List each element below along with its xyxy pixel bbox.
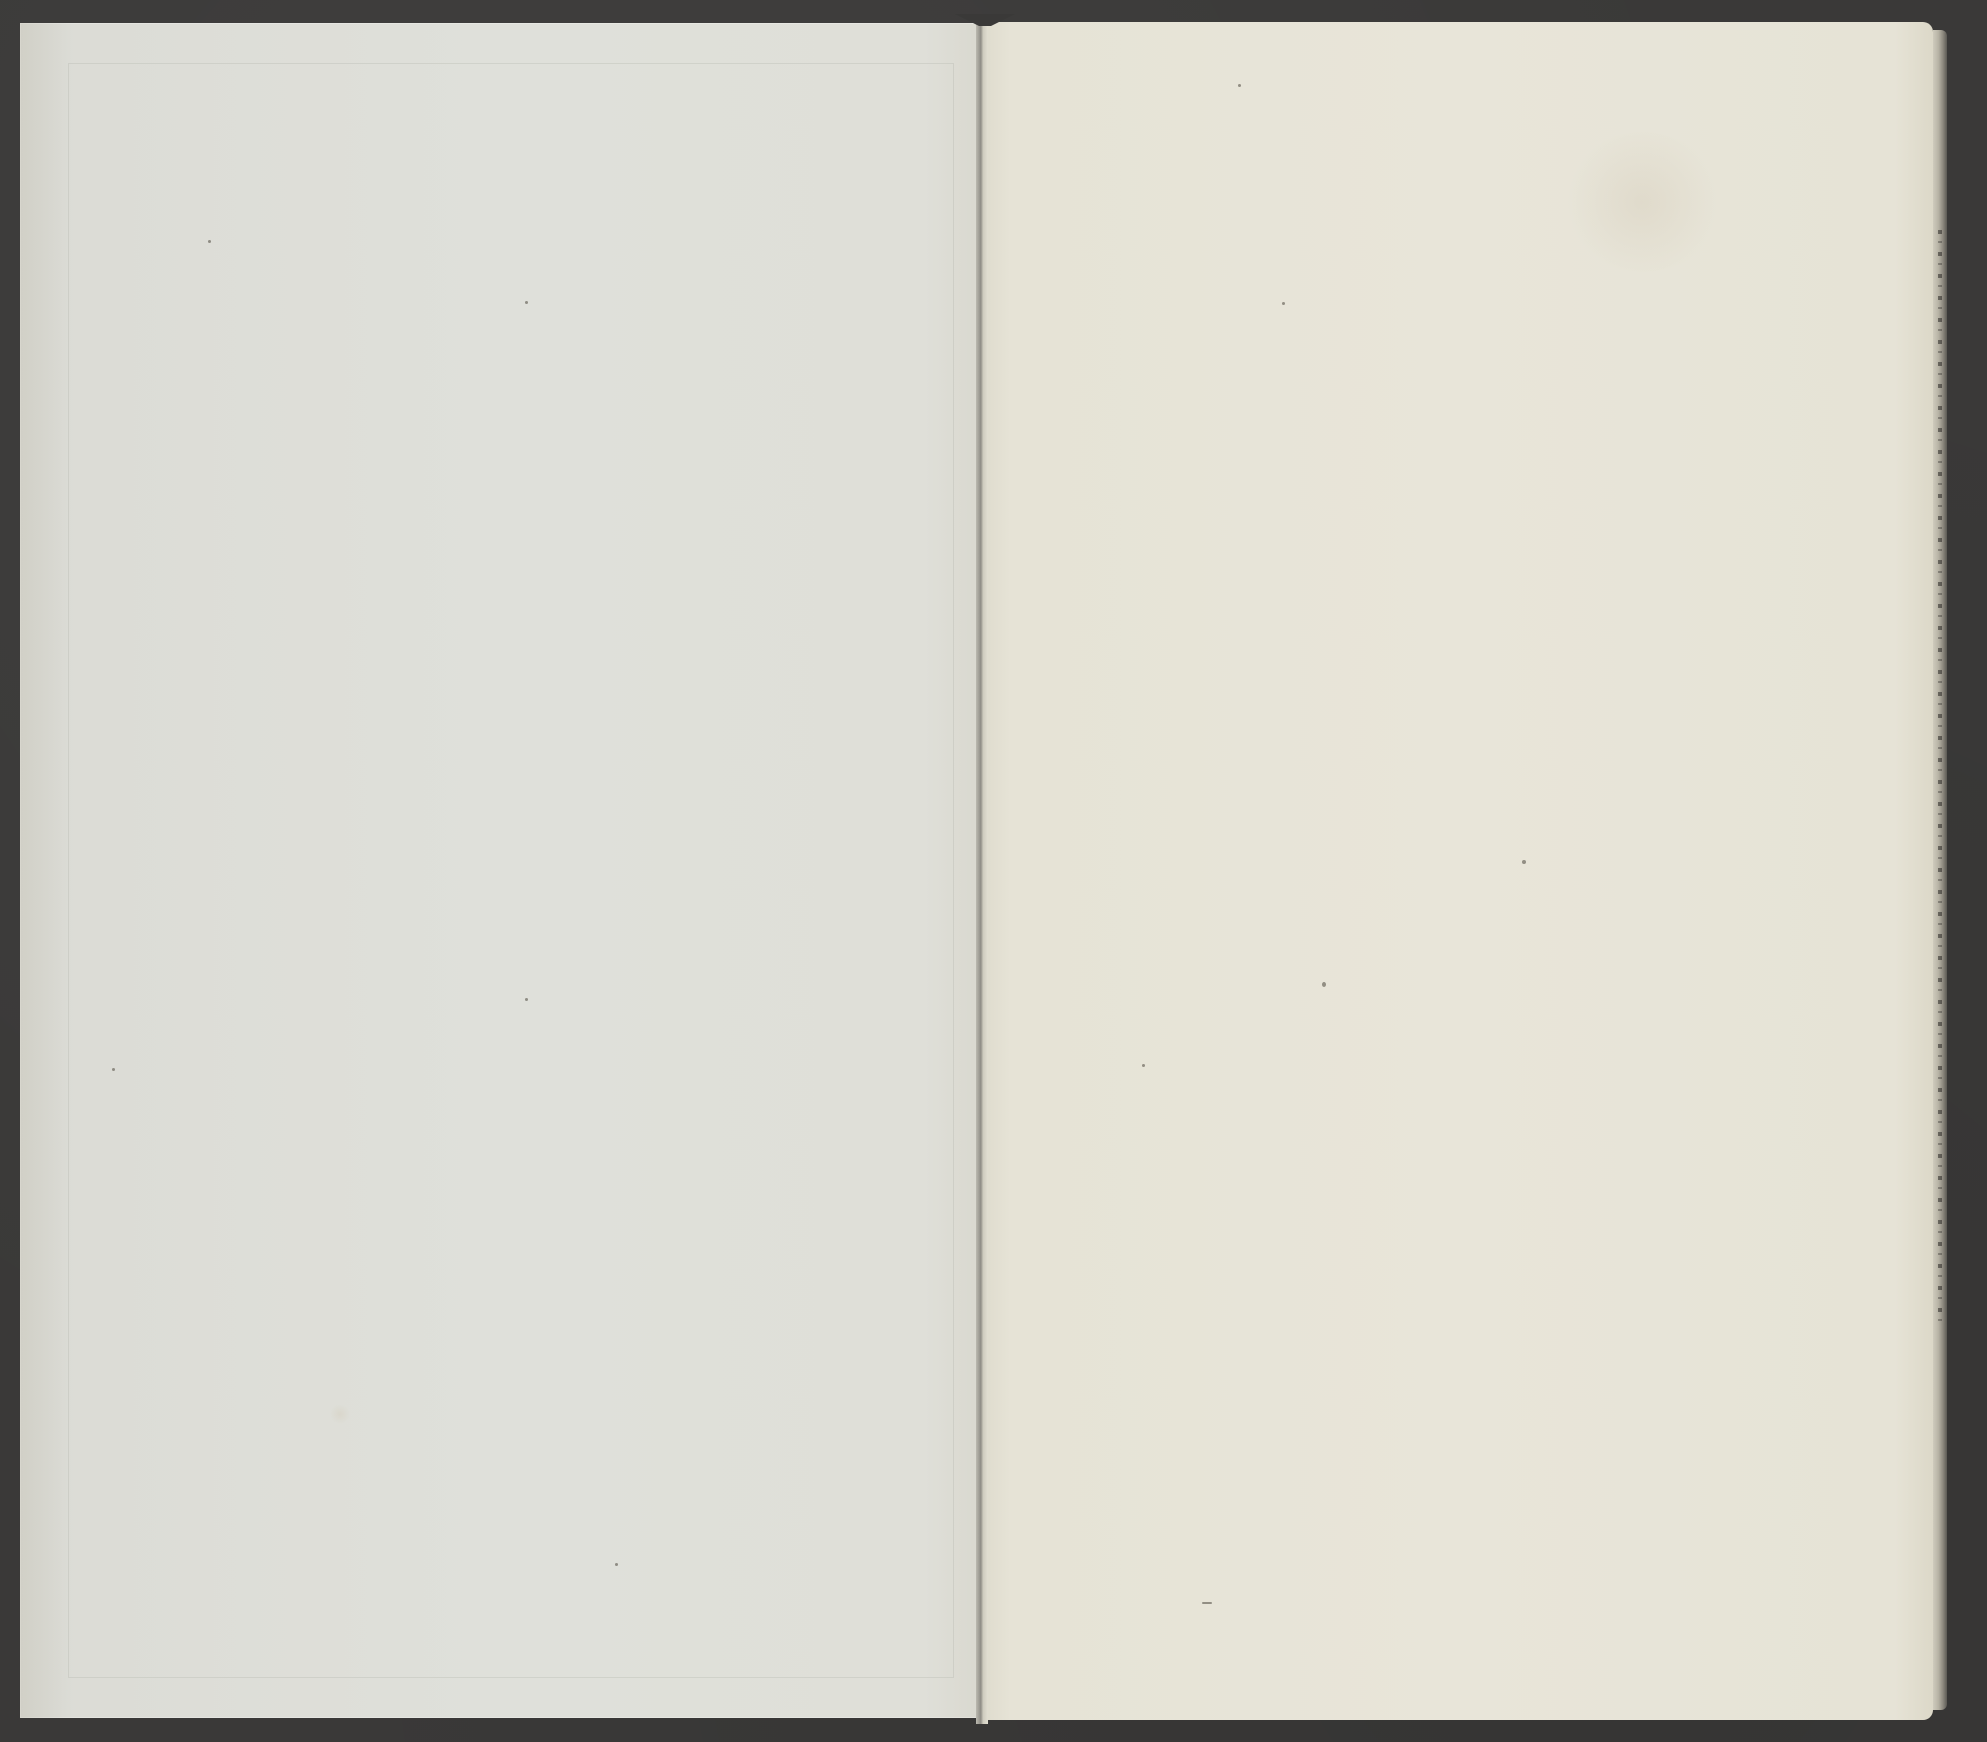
left-page [20,23,982,1718]
paper-speck [1282,302,1285,305]
paper-speck [1522,860,1526,864]
paper-speck [615,1563,618,1566]
paper-speck [1142,1064,1145,1067]
left-page-edge-shade [20,23,68,1718]
paper-speck [1238,84,1241,87]
paper-stain [1562,132,1722,272]
paper-speck [112,1068,115,1071]
paper-speck [1322,982,1326,987]
fore-edge-marks [1938,230,1942,1330]
paper-speck [208,240,211,243]
paper-speck [525,301,528,304]
right-page [982,22,1933,1720]
left-page-plate-mark [68,63,954,1678]
book-gutter [976,18,988,1724]
paper-speck [525,998,528,1001]
paper-stain [330,1403,350,1425]
paper-speck [1202,1602,1212,1604]
